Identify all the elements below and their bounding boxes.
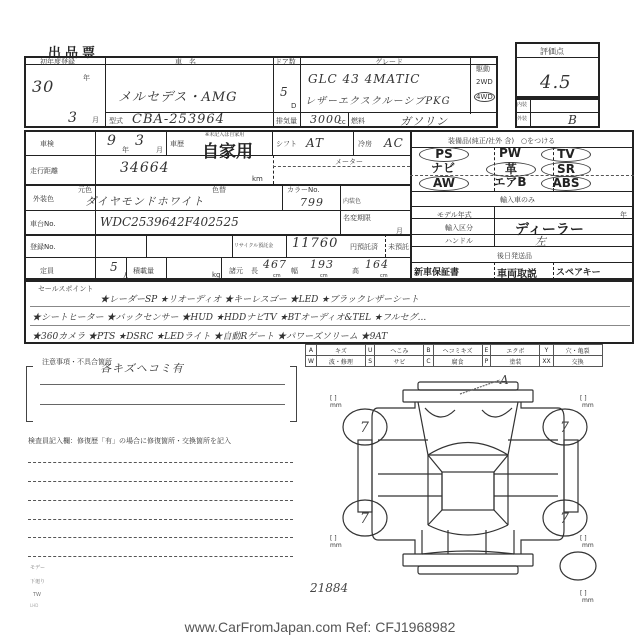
- drive-2wd: 2WD: [476, 78, 493, 86]
- legend-code: A: [306, 345, 317, 356]
- mileage-label: 走行距離: [30, 166, 58, 176]
- reg-no-label: 登録No.: [30, 242, 56, 252]
- month-unit: 月: [92, 115, 99, 125]
- legend-code: U: [365, 345, 374, 356]
- inspector-small-4: LHD: [30, 603, 38, 608]
- displacement-label: 排気量: [276, 116, 297, 126]
- doors-unit: D: [291, 102, 296, 110]
- ac-value: AC: [384, 136, 404, 150]
- legend-code: E: [482, 345, 491, 356]
- svg-text:[ ]: [ ]: [330, 395, 337, 402]
- color-no: 799: [300, 196, 324, 209]
- svg-text:mm: mm: [582, 597, 594, 604]
- legend-code: S: [365, 356, 374, 367]
- first-reg-label: 初年度登録: [40, 57, 75, 67]
- displacement-unit: cc: [338, 118, 346, 126]
- svg-text:[ ]: [ ]: [580, 395, 587, 402]
- legend-code: W: [306, 356, 317, 367]
- legend-meaning: 塗装: [491, 356, 540, 367]
- score-value: 4.5: [540, 72, 572, 93]
- tire-rl: 7: [360, 511, 369, 527]
- orig-color: ダイヤモンドホワイト: [85, 193, 204, 209]
- year-unit: 年: [83, 73, 90, 83]
- notes-text: 各キズヘコミ有: [100, 360, 184, 376]
- fuel-value: ガソリン: [400, 113, 448, 129]
- import-type-value: ディーラー: [515, 219, 584, 239]
- import-only-label: 輸入車のみ: [500, 195, 535, 205]
- equipment-option: エアB: [486, 176, 534, 189]
- capacity-value: 5: [110, 260, 119, 274]
- footer-watermark: www.CarFromJapan.com Ref: CFJ1968982: [0, 619, 640, 635]
- load-label: 積載量: [133, 266, 154, 276]
- drive-4wd-circled: 4WD: [474, 92, 495, 102]
- model-label: 型式: [109, 116, 123, 126]
- chassis-label: 車台No.: [30, 219, 56, 229]
- length-value: 467: [263, 258, 287, 271]
- capacity-label: 定員: [40, 266, 54, 276]
- lot-number: 21884: [310, 581, 348, 595]
- doors-label: ドア数: [275, 57, 296, 67]
- recycle-label: リサイクル預託金: [234, 242, 273, 249]
- length-unit: cm: [273, 273, 281, 279]
- car-diagram: [ ]mm [ ]mm [ ]mm [ ]mm [ ]mm A 7 7 7 7 …: [310, 370, 610, 610]
- equipment-option: TV: [541, 147, 591, 162]
- ac-label: 冷房: [358, 139, 372, 149]
- first-reg-year: 30: [32, 77, 54, 96]
- usage-value: 自家用: [202, 137, 253, 162]
- chassis-number: WDC2539642F402525: [100, 215, 239, 229]
- grade-line2: レザーエクスクルーシブPKG: [305, 92, 451, 107]
- legend-meaning: 交換: [553, 356, 602, 367]
- sales-point-line-3: ★360カメラ ★PTS ★DSRC ★LEDライト ★自動Rゲート ★パワーズ…: [32, 329, 387, 342]
- svg-text:[ ]: [ ]: [330, 535, 337, 542]
- later-item-manual: 車両取説: [497, 265, 537, 280]
- width-value: 193: [310, 258, 334, 271]
- svg-text:mm: mm: [582, 402, 594, 409]
- interior-label: 内装: [517, 101, 527, 108]
- height-label: 高: [352, 266, 359, 276]
- model-code: CBA-253964: [132, 112, 225, 127]
- mileage-unit: km: [252, 175, 263, 183]
- grade-label: グレード: [375, 57, 403, 67]
- sales-points-label: セールスポイント: [38, 284, 93, 294]
- width-label: 幅: [291, 266, 298, 276]
- dims-label: 諸元: [229, 266, 243, 276]
- legend-code: B: [424, 345, 433, 356]
- exterior-label: 外装: [517, 115, 527, 122]
- mileage-value: 34664: [120, 160, 170, 176]
- legend-meaning: ヘコミキズ: [433, 345, 482, 356]
- tire-fl: 7: [360, 420, 369, 436]
- svg-text:mm: mm: [330, 402, 342, 409]
- svg-text:mm: mm: [582, 542, 594, 549]
- inspector-label: 検査員記入欄：修復歴「有」の場合に修復箇所・交換箇所を記入: [28, 436, 231, 446]
- shift-value: AT: [306, 136, 324, 150]
- legend-meaning: 穴・亀裂: [553, 345, 602, 356]
- sales-point-line-1: ★レーダーSP ★リオーディオ ★キーレスゴー ★LED ★ブラックレザーシート: [100, 292, 419, 305]
- name-change-label: 名変期限: [343, 213, 371, 223]
- color-no-label: カラーNo.: [287, 185, 320, 195]
- inspection-year: 9: [107, 133, 117, 149]
- shift-label: シフト: [276, 139, 297, 149]
- inspector-small-2: 下廻り: [30, 578, 45, 585]
- car-name-label: 車 名: [175, 57, 196, 67]
- svg-text:[ ]: [ ]: [580, 590, 587, 597]
- equipment-option: ABS: [541, 176, 591, 191]
- inspection-label: 車検: [40, 139, 54, 149]
- recycle-not: 未預託: [388, 242, 409, 252]
- recycle-unit: 円預託済: [350, 242, 378, 252]
- length-label: 長: [251, 266, 258, 276]
- tire-fr: 7: [560, 420, 569, 436]
- name-change-unit: 月: [396, 226, 403, 236]
- height-unit: cm: [380, 273, 388, 279]
- sales-point-line-2: ★シートヒーター ★バックセンサー ★HUD ★HDDナビTV ★BTオーディオ…: [32, 310, 426, 323]
- exterior-score: B: [568, 113, 578, 127]
- inspection-month-unit: 月: [156, 145, 163, 155]
- usage-label: 車歴: [170, 139, 184, 149]
- first-reg-month: 3: [68, 110, 78, 126]
- equipment-label: 装備品(純正/社外 含) ○をつける: [448, 136, 555, 146]
- doors-value: 5: [280, 85, 289, 99]
- legend-code: C: [424, 356, 433, 367]
- int-ext-box: [515, 98, 600, 128]
- width-unit: cm: [320, 273, 328, 279]
- legend-meaning: サビ: [375, 356, 424, 367]
- legend-meaning: 腐食: [433, 356, 482, 367]
- inspector-small-3: TW: [33, 592, 41, 598]
- exterior-color-label: 外装色: [33, 194, 54, 204]
- equipment-option: SR: [541, 162, 591, 177]
- damage-mark: A: [499, 373, 509, 387]
- legend-meaning: キズ: [316, 345, 365, 356]
- load-unit: kg: [212, 271, 221, 279]
- legend-meaning: へこみ: [375, 345, 424, 356]
- later-item-warranty: 新車保証書: [414, 265, 459, 278]
- svg-text:[ ]: [ ]: [580, 535, 587, 542]
- svg-text:mm: mm: [330, 542, 342, 549]
- car-name: メルセデス・AMG: [118, 86, 238, 105]
- later-items-label: 後日発送品: [497, 251, 532, 261]
- equipment-option: AW: [419, 176, 469, 191]
- later-item-spare-key: スペアキー: [556, 265, 601, 278]
- grade-line1: GLC 43 4MATIC: [308, 72, 421, 86]
- score-label: 評価点: [540, 46, 564, 57]
- legend-code: XX: [540, 356, 553, 367]
- equipment-option: ナビ: [419, 162, 467, 175]
- height-value: 164: [365, 258, 389, 271]
- drive-label: 駆動: [476, 64, 490, 74]
- legend-meaning: エクボ: [491, 345, 540, 356]
- inspector-small-1: モデー: [30, 564, 45, 571]
- inspection-year-unit: 年: [122, 145, 129, 155]
- fuel-label: 燃料: [351, 116, 365, 126]
- damage-legend: AキズUへこみBヘコミキズEエクボY穴・亀裂W波・修理SサビC腐食P塗装XX交換: [305, 344, 603, 367]
- legend-meaning: 波・修理: [316, 356, 365, 367]
- legend-code: Y: [540, 345, 553, 356]
- import-type-label: 輸入区分: [445, 223, 473, 233]
- inspection-month: 3: [135, 133, 145, 149]
- recycle-value: 11760: [292, 236, 338, 251]
- interior-color-label: 内装色: [343, 196, 361, 205]
- equipment-option: PS: [419, 147, 469, 162]
- handle-label: ハンドル: [445, 236, 473, 246]
- repaint-label: 色替: [212, 185, 226, 195]
- tire-rr: 7: [560, 511, 569, 527]
- legend-code: P: [482, 356, 491, 367]
- equipment-option: PW: [486, 147, 534, 160]
